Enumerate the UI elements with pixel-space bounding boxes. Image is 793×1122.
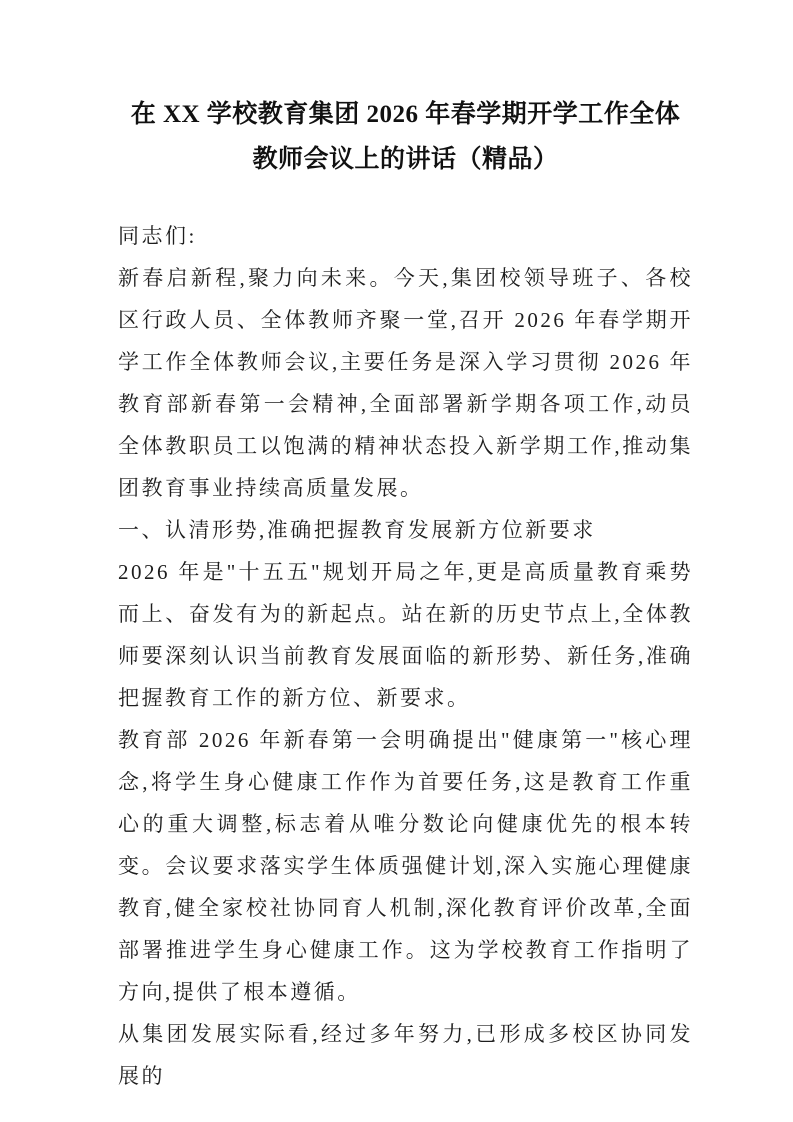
document-page: 在 XX 学校教育集团 2026 年春学期开学工作全体教师会议上的讲话（精品） … [0, 0, 793, 1122]
paragraph: 新春启新程,聚力向未来。今天,集团校领导班子、各校区行政人员、全体教师齐聚一堂,… [118, 257, 693, 509]
document-body: 同志们:新春启新程,聚力向未来。今天,集团校领导班子、各校区行政人员、全体教师齐… [118, 215, 693, 1097]
paragraph: 从集团发展实际看,经过多年努力,已形成多校区协同发展的 [118, 1013, 693, 1097]
paragraph: 2026 年是"十五五"规划开局之年,更是高质量教育乘势而上、奋发有为的新起点。… [118, 551, 693, 719]
salutation-line: 同志们: [118, 215, 693, 257]
section-heading: 一、认清形势,准确把握教育发展新方位新要求 [118, 509, 693, 551]
document-title: 在 XX 学校教育集团 2026 年春学期开学工作全体教师会议上的讲话（精品） [118, 92, 693, 182]
paragraph: 教育部 2026 年新春第一会明确提出"健康第一"核心理念,将学生身心健康工作作… [118, 719, 693, 1013]
